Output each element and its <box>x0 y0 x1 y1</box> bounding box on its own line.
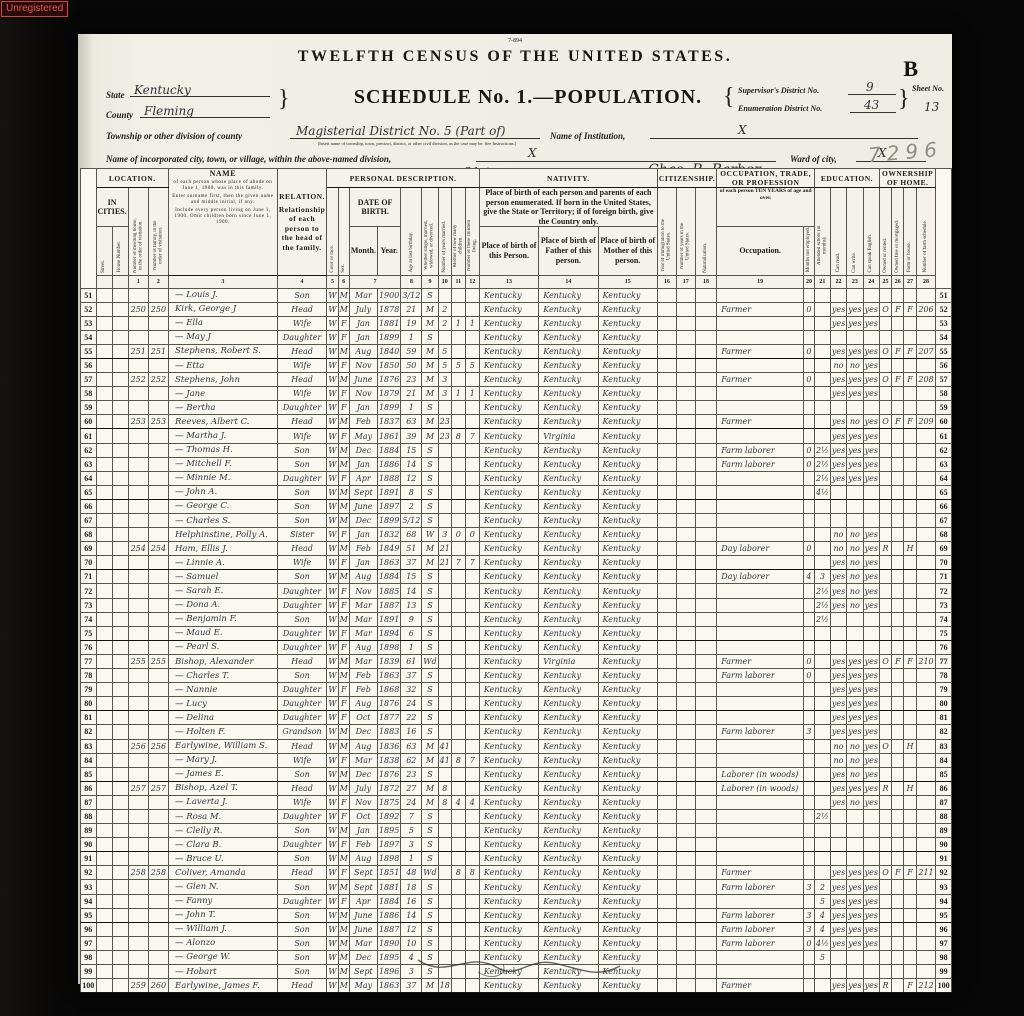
cell-imm-year <box>657 866 676 880</box>
cell-naturalization <box>695 683 717 697</box>
cell-yrs-us <box>676 485 695 499</box>
cell-pob-mother: Kentucky <box>598 640 657 654</box>
table-row: 85— James E.SonWMDec187623SKentuckyKentu… <box>81 767 952 781</box>
cell-rel: Daughter <box>277 640 327 654</box>
cell-mortgage: F <box>892 415 904 429</box>
cell-naturalization <box>695 612 717 626</box>
cell-owned <box>879 683 891 697</box>
cell-bmonth: Jan <box>349 528 377 542</box>
cell-owned <box>879 401 891 415</box>
cell-marital: M <box>422 429 438 443</box>
cell-rel: Wife <box>277 556 327 570</box>
cell-age: 6 <box>401 626 422 640</box>
table-row: 60253253Reeves, Albert C.HeadWMFeb183763… <box>81 415 952 429</box>
cell-living <box>465 725 479 739</box>
row-number-right: 86 <box>936 781 952 795</box>
cell-school <box>815 429 831 443</box>
cell-living <box>465 936 479 950</box>
cell-pob: Kentucky <box>479 809 538 823</box>
row-number-right: 87 <box>936 795 952 809</box>
cell-months-unemployed <box>803 401 814 415</box>
scan-gutter-shadow <box>0 0 82 1016</box>
cell-street <box>96 499 112 513</box>
cell-street <box>96 654 112 668</box>
cell-color: W <box>327 401 338 415</box>
cell-naturalization <box>695 767 717 781</box>
cell-yrsmar: 21 <box>438 542 451 556</box>
cell-street <box>96 471 112 485</box>
cell-imm-year <box>657 457 676 471</box>
row-number-left: 69 <box>81 542 97 556</box>
cell-pob-mother: Kentucky <box>598 584 657 598</box>
colnum-3: 3 <box>169 275 278 288</box>
cell-mortgage <box>892 457 904 471</box>
cell-street <box>96 697 112 711</box>
cell-color: W <box>327 824 338 838</box>
column-number-row: 1234567891011121314151617181920212223242… <box>81 275 952 288</box>
cell-mortgage: F <box>892 344 904 358</box>
cell-school <box>815 542 831 556</box>
table-row: 55251251Stephens, Robert S.HeadWMAug1840… <box>81 344 952 358</box>
colnum-19: 19 <box>717 275 804 288</box>
cell-pob-father: Kentucky <box>539 570 598 584</box>
cell-write: yes <box>847 894 863 908</box>
cell-imm-year <box>657 894 676 908</box>
cell-fam <box>148 358 168 372</box>
cell-pob: Kentucky <box>479 570 538 584</box>
cell-rel: Head <box>277 542 327 556</box>
cell-house <box>112 485 128 499</box>
row-number-left: 73 <box>81 598 97 612</box>
cell-living <box>465 626 479 640</box>
cell-house <box>112 838 128 852</box>
cell-marital: M <box>422 781 438 795</box>
cell-pob-father: Kentucky <box>539 908 598 922</box>
row-number-left: 84 <box>81 753 97 767</box>
cell-street <box>96 824 112 838</box>
cell-naturalization <box>695 373 717 387</box>
cell-read <box>830 640 846 654</box>
cell-farm-schedule <box>916 908 936 922</box>
cell-owned <box>879 725 891 739</box>
cell-occupation: Laborer (in woods) <box>717 767 804 781</box>
col-children-living-header: Number of these children living. <box>465 188 479 276</box>
cell-age: 14 <box>401 457 422 471</box>
cell-rel: Son <box>277 936 327 950</box>
cell-color: W <box>327 950 338 964</box>
cell-pob-father: Kentucky <box>539 739 598 753</box>
cell-pob: Kentucky <box>479 528 538 542</box>
col-can-write-header: Can write. <box>847 188 863 276</box>
cell-fam <box>148 499 168 513</box>
table-row: 59— BerthaDaughterWFJan18991SKentuckyKen… <box>81 401 952 415</box>
cell-school <box>815 669 831 683</box>
cell-mortgage <box>892 640 904 654</box>
cell-house <box>112 401 128 415</box>
cell-farm-house <box>904 795 916 809</box>
cell-read: yes <box>830 894 846 908</box>
cell-owned: O <box>879 302 891 316</box>
cell-english <box>863 514 879 528</box>
cell-rel: Wife <box>277 795 327 809</box>
cell-yrsmar <box>438 598 451 612</box>
cell-rel: Head <box>277 373 327 387</box>
row-number-left: 91 <box>81 852 97 866</box>
cell-pob-mother: Kentucky <box>598 598 657 612</box>
cell-read <box>830 401 846 415</box>
cell-farm-house: H <box>904 739 916 753</box>
cell-yrs-us <box>676 781 695 795</box>
cell-school <box>815 401 831 415</box>
cell-mother: 7 <box>451 556 465 570</box>
cell-rel: Wife <box>277 358 327 372</box>
cell-pob: Kentucky <box>479 781 538 795</box>
cell-age: 13 <box>401 598 422 612</box>
cell-months-unemployed: 3 <box>803 725 814 739</box>
cell-imm-year <box>657 965 676 979</box>
cell-byear: 1899 <box>377 514 400 528</box>
cell-occupation <box>717 429 804 443</box>
cell-rel: Daughter <box>277 471 327 485</box>
cell-pob-mother: Kentucky <box>598 612 657 626</box>
cell-mortgage <box>892 316 904 330</box>
cell-mother: 4 <box>451 795 465 809</box>
table-row: 70— Linnie A.WifeWFJan186337M2177Kentuck… <box>81 556 952 570</box>
colnum-11: 11 <box>451 275 465 288</box>
enumeration-district-label: Enumeration District No. <box>738 104 822 113</box>
cell-name: — John T. <box>169 908 278 922</box>
cell-yrsmar <box>438 894 451 908</box>
cell-owned <box>879 936 891 950</box>
cell-bmonth: July <box>349 781 377 795</box>
cell-yrsmar: 2 <box>438 302 451 316</box>
colnum-street <box>96 275 112 288</box>
cell-naturalization <box>695 781 717 795</box>
cell-house <box>112 387 128 401</box>
cell-pob-mother: Kentucky <box>598 344 657 358</box>
cell-bmonth: Jan <box>349 330 377 344</box>
colnum-12: 12 <box>465 275 479 288</box>
cell-mortgage <box>892 612 904 626</box>
cell-marital: S <box>422 612 438 626</box>
cell-pob: Kentucky <box>479 753 538 767</box>
cell-school <box>815 739 831 753</box>
cell-yrsmar <box>438 809 451 823</box>
cell-imm-year <box>657 570 676 584</box>
cell-dw <box>128 894 148 908</box>
ink-scribble <box>408 954 628 982</box>
cell-mother <box>451 514 465 528</box>
cell-color: W <box>327 781 338 795</box>
cell-fam <box>148 612 168 626</box>
cell-owned <box>879 711 891 725</box>
cell-months-unemployed <box>803 640 814 654</box>
cell-farm-schedule <box>916 739 936 753</box>
cell-pob: Kentucky <box>479 330 538 344</box>
cell-read: no <box>830 542 846 556</box>
cell-sex: F <box>338 753 349 767</box>
cell-pob-father: Kentucky <box>539 387 598 401</box>
cell-bmonth: Feb <box>349 415 377 429</box>
col-naturalization-label: Naturalization. <box>703 243 709 273</box>
cell-sex: M <box>338 965 349 979</box>
cell-write: yes <box>847 669 863 683</box>
cell-farm-house <box>904 922 916 936</box>
cell-yrs-us <box>676 950 695 964</box>
col-pob-mother-header: Place of birth of Mother of this person. <box>598 227 657 275</box>
cell-fam <box>148 443 168 457</box>
cell-age: 18 <box>401 880 422 894</box>
cell-english <box>863 612 879 626</box>
cell-rel: Son <box>277 852 327 866</box>
cell-mortgage <box>892 838 904 852</box>
colnum-10: 10 <box>438 275 451 288</box>
cell-naturalization <box>695 598 717 612</box>
cell-mortgage <box>892 528 904 542</box>
cell-school: 4 <box>815 908 831 922</box>
cell-dw: 255 <box>128 654 148 668</box>
cell-age: 15 <box>401 443 422 457</box>
cell-byear: 1875 <box>377 795 400 809</box>
row-number-left: 78 <box>81 669 97 683</box>
cell-mortgage <box>892 697 904 711</box>
cell-marital: M <box>422 795 438 809</box>
table-row: 75— Maud E.DaughterWFMar18946SKentuckyKe… <box>81 626 952 640</box>
cell-sex: F <box>338 316 349 330</box>
cell-color: W <box>327 767 338 781</box>
cell-name: — Holten F. <box>169 725 278 739</box>
table-row: 89— Clelly R.SonWMJan18955SKentuckyKentu… <box>81 824 952 838</box>
cell-occupation <box>717 683 804 697</box>
cell-mother: 8 <box>451 429 465 443</box>
cell-rel: Daughter <box>277 626 327 640</box>
cell-write: yes <box>847 654 863 668</box>
col-family-header: Number of family, in the order of visita… <box>148 188 168 276</box>
cell-house <box>112 288 128 302</box>
cell-months-unemployed <box>803 683 814 697</box>
cell-living <box>465 880 479 894</box>
cell-marital: M <box>422 739 438 753</box>
cell-occupation <box>717 358 804 372</box>
cell-sex: F <box>338 838 349 852</box>
cell-naturalization <box>695 654 717 668</box>
cell-read <box>830 950 846 964</box>
cell-naturalization <box>695 936 717 950</box>
cell-name: — Ella <box>169 316 278 330</box>
cell-naturalization <box>695 979 717 993</box>
cell-pob: Kentucky <box>479 669 538 683</box>
cell-read: yes <box>830 711 846 725</box>
cell-owned <box>879 528 891 542</box>
cell-imm-year <box>657 401 676 415</box>
cell-sex: M <box>338 570 349 584</box>
cell-mother: 1 <box>451 387 465 401</box>
cell-pob-father: Kentucky <box>539 316 598 330</box>
cell-dw <box>128 443 148 457</box>
cell-rel: Daughter <box>277 401 327 415</box>
cell-street <box>96 358 112 372</box>
cell-dw: 258 <box>128 866 148 880</box>
cell-farm-house <box>904 288 916 302</box>
cell-occupation <box>717 809 804 823</box>
cell-street <box>96 373 112 387</box>
cell-color: W <box>327 640 338 654</box>
cell-write: yes <box>847 471 863 485</box>
cell-street <box>96 514 112 528</box>
cell-name: Bishop, Azel T. <box>169 781 278 795</box>
cell-owned <box>879 330 891 344</box>
cell-mother: 0 <box>451 528 465 542</box>
cell-house <box>112 499 128 513</box>
cell-age: 48 <box>401 866 422 880</box>
cell-write <box>847 809 863 823</box>
row-number-left: 77 <box>81 654 97 668</box>
cell-living: 8 <box>465 866 479 880</box>
cell-yrsmar <box>438 908 451 922</box>
cell-byear: 1876 <box>377 373 400 387</box>
table-row: 93— Glen N.SonWMSept188118SKentuckyKentu… <box>81 880 952 894</box>
cell-yrs-us <box>676 330 695 344</box>
cell-yrsmar <box>438 288 451 302</box>
cell-name: — Lucy <box>169 697 278 711</box>
table-row: 91— Bruce U.SonWMAug18981SKentuckyKentuc… <box>81 852 952 866</box>
cell-pob-father: Kentucky <box>539 626 598 640</box>
cell-occupation <box>717 965 804 979</box>
cell-street <box>96 598 112 612</box>
cell-name: — Bruce U. <box>169 852 278 866</box>
cell-byear: 1876 <box>377 697 400 711</box>
cell-months-unemployed <box>803 556 814 570</box>
cell-byear: 1886 <box>377 908 400 922</box>
cell-yrsmar <box>438 640 451 654</box>
row-number-right: 59 <box>936 401 952 415</box>
cell-fam: 258 <box>148 866 168 880</box>
cell-rel: Son <box>277 908 327 922</box>
cell-marital: S <box>422 598 438 612</box>
cell-farm-schedule <box>916 471 936 485</box>
cell-yrs-us <box>676 979 695 993</box>
cell-pob-mother: Kentucky <box>598 936 657 950</box>
cell-owned <box>879 908 891 922</box>
cell-color: W <box>327 908 338 922</box>
table-header: LOCATION. NAME of each person whose plac… <box>81 169 952 289</box>
col-street-label: Street. <box>101 260 107 273</box>
cell-street <box>96 330 112 344</box>
cell-bmonth: Dec <box>349 514 377 528</box>
cell-mortgage <box>892 852 904 866</box>
cell-occupation <box>717 612 804 626</box>
cell-street <box>96 640 112 654</box>
cell-sex: M <box>338 936 349 950</box>
cell-read: yes <box>830 936 846 950</box>
cell-naturalization <box>695 809 717 823</box>
cell-imm-year <box>657 880 676 894</box>
row-number-right: 53 <box>936 316 952 330</box>
cell-owned <box>879 824 891 838</box>
cell-yrsmar <box>438 824 451 838</box>
cell-bmonth: June <box>349 908 377 922</box>
cell-read: yes <box>830 683 846 697</box>
cell-pob-mother: Kentucky <box>598 373 657 387</box>
col-mortgage-header: Owned free or mortgaged. <box>892 188 904 276</box>
cell-byear: 1897 <box>377 499 400 513</box>
table-row: 68Helphinstine, Polly A.SisterWFJan18326… <box>81 528 952 542</box>
cell-dw <box>128 358 148 372</box>
table-row: 57252252Stephens, JohnHeadWMJune187623M3… <box>81 373 952 387</box>
cell-fam: 255 <box>148 654 168 668</box>
cell-mother <box>451 654 465 668</box>
table-row: 83256256Earlywine, William S.HeadWMAug18… <box>81 739 952 753</box>
cell-name: Bishop, Alexander <box>169 654 278 668</box>
cell-occupation <box>717 387 804 401</box>
page-title: TWELFTH CENSUS OF THE UNITED STATES. <box>78 48 952 66</box>
cell-living: 1 <box>465 387 479 401</box>
cell-street <box>96 809 112 823</box>
city-underline <box>476 147 776 162</box>
cell-mortgage <box>892 387 904 401</box>
cell-name: — Mitchell F. <box>169 457 278 471</box>
cell-owned <box>879 669 891 683</box>
col-house-label: House Number. <box>117 241 123 272</box>
group-ownership: OWNERSHIP OF HOME. <box>879 169 935 188</box>
row-number-right: 97 <box>936 936 952 950</box>
cell-school <box>815 387 831 401</box>
cell-dw <box>128 429 148 443</box>
cell-farm-schedule <box>916 922 936 936</box>
cell-read: yes <box>830 387 846 401</box>
row-number-right: 89 <box>936 824 952 838</box>
cell-mother <box>451 570 465 584</box>
cell-street <box>96 457 112 471</box>
cell-name: — Louis J. <box>169 288 278 302</box>
cell-occupation <box>717 556 804 570</box>
cell-pob-mother: Kentucky <box>598 809 657 823</box>
cell-fam <box>148 908 168 922</box>
cell-sex: F <box>338 697 349 711</box>
cell-farm-house <box>904 556 916 570</box>
cell-pob-mother: Kentucky <box>598 781 657 795</box>
cell-english <box>863 950 879 964</box>
cell-sex: M <box>338 373 349 387</box>
cell-owned <box>879 767 891 781</box>
cell-pob-father: Kentucky <box>539 753 598 767</box>
cell-mother <box>451 471 465 485</box>
cell-school <box>815 528 831 542</box>
col-immigration-header: Year of immigration to the United States… <box>657 188 676 276</box>
cell-english: yes <box>863 753 879 767</box>
cell-pob-father: Kentucky <box>539 725 598 739</box>
cell-byear: 1897 <box>377 838 400 852</box>
cell-read: yes <box>830 457 846 471</box>
cell-pob-mother: Kentucky <box>598 358 657 372</box>
cell-pob-mother: Kentucky <box>598 485 657 499</box>
cell-pob: Kentucky <box>479 908 538 922</box>
cell-fam <box>148 556 168 570</box>
cell-school <box>815 767 831 781</box>
sheet-label: Sheet No. <box>912 84 944 93</box>
row-number-right: 51 <box>936 288 952 302</box>
cell-imm-year <box>657 485 676 499</box>
cell-yrsmar <box>438 471 451 485</box>
cell-english <box>863 401 879 415</box>
cell-write: yes <box>847 302 863 316</box>
cell-yrs-us <box>676 880 695 894</box>
cell-dw <box>128 936 148 950</box>
cell-rel: Son <box>277 499 327 513</box>
row-number-right: 84 <box>936 753 952 767</box>
cell-school <box>815 753 831 767</box>
cell-living: 7 <box>465 556 479 570</box>
